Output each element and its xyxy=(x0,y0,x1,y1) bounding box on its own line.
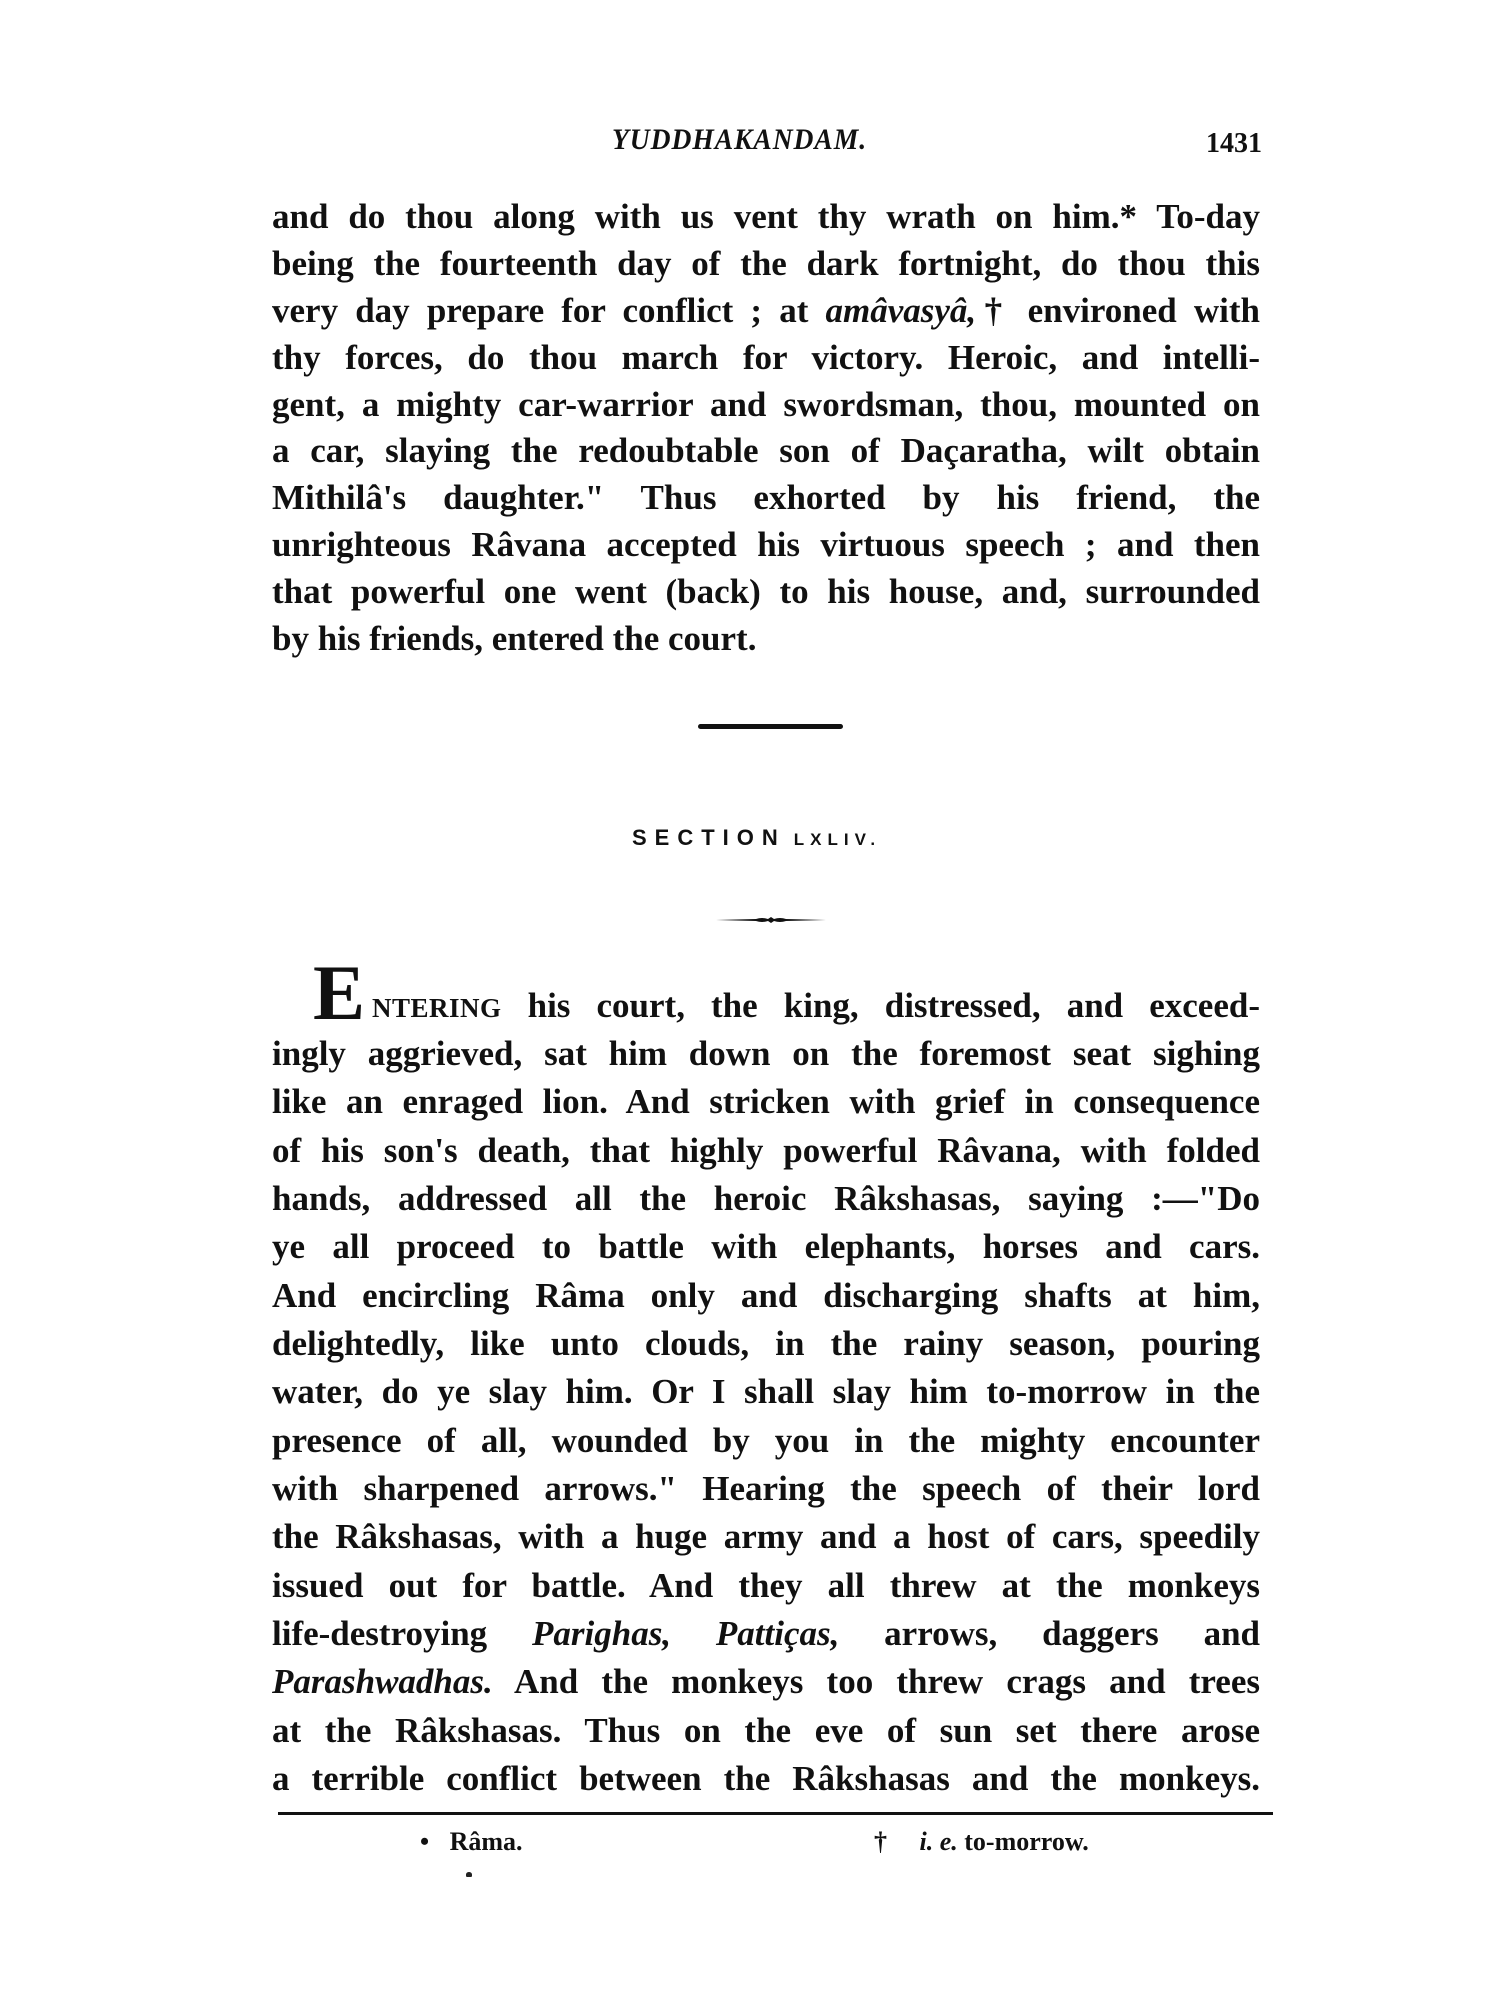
book-page: YUDDHAKANDAM. 1431 and do thou along wit… xyxy=(0,0,1500,2000)
text-line: being the fourteenth day of the dark for… xyxy=(272,240,1260,288)
text-line: presence of all, wounded by you in the m… xyxy=(272,1417,1260,1465)
text-fragment: arrows, daggers and xyxy=(839,1614,1260,1653)
text-line: with sharpened arrows." Hearing the spee… xyxy=(272,1465,1260,1513)
text-line: NTERING his court, the king, distressed,… xyxy=(372,982,1260,1030)
text-line: at the Râkshasas. Thus on the eve of sun… xyxy=(272,1707,1260,1755)
text-line: thy forces, do thou march for victory. H… xyxy=(272,334,1260,382)
section-label: SECTION xyxy=(632,825,786,850)
text-line: and do thou along with us vent thy wrath… xyxy=(272,193,1260,241)
footnote-text: Râma. xyxy=(450,1827,523,1856)
text-fragment: life-destroying xyxy=(272,1614,532,1653)
dagger-footnote-marker: † xyxy=(976,291,1010,330)
text-line: Parashwadhas. And the monkeys too threw … xyxy=(272,1658,1260,1706)
section-divider-rule xyxy=(698,724,843,729)
text-line: by his friends, entered the court. xyxy=(272,615,1260,663)
text-line: delightedly, like unto clouds, in the ra… xyxy=(272,1320,1260,1368)
section-number: LXLIV. xyxy=(794,830,881,849)
text-line: a terrible conflict between the Râkshasa… xyxy=(272,1755,1260,1803)
text-line: ye all proceed to battle with elephants,… xyxy=(272,1223,1260,1271)
bullet-footnote-marker: • xyxy=(420,1827,429,1856)
text-line: of his son's death, that highly powerful… xyxy=(272,1127,1260,1175)
italic-term: Parighas, xyxy=(532,1614,671,1653)
text-line: And encircling Râma only and discharging… xyxy=(272,1272,1260,1320)
text-line: ingly aggrieved, sat him down on the for… xyxy=(272,1030,1260,1078)
text-line: that powerful one went (back) to his hou… xyxy=(272,568,1260,616)
text-line: the Râkshasas, with a huge army and a ho… xyxy=(272,1513,1260,1561)
text-line: very day prepare for conflict ; at amâva… xyxy=(272,287,1260,335)
text-line: hands, addressed all the heroic Râkshasa… xyxy=(272,1175,1260,1223)
stray-mark xyxy=(466,1872,472,1877)
ornament-divider-icon xyxy=(716,914,826,926)
text-line: issued out for battle. And they all thre… xyxy=(272,1562,1260,1610)
section-heading: SECTIONLXLIV. xyxy=(632,824,942,852)
text-fragment: And the monkeys too threw crags and tree… xyxy=(493,1662,1260,1701)
running-title: YUDDHAKANDAM. xyxy=(612,124,925,156)
text-fragment: his court, the king, distressed, and exc… xyxy=(502,986,1260,1025)
text-line: life-destroying Parighas, Pattiças, arro… xyxy=(272,1610,1260,1658)
footnote-2: † i. e. to-morrow. xyxy=(874,1826,1089,1858)
text-line: unrighteous Râvana accepted his virtuous… xyxy=(272,521,1260,569)
text-fragment: very day prepare for conflict ; at xyxy=(272,291,826,330)
text-line: gent, a mighty car-warrior and swordsman… xyxy=(272,381,1260,429)
italic-term: Parashwadhas. xyxy=(272,1662,493,1701)
footnote-abbrev: i. e. xyxy=(920,1827,958,1856)
page-number: 1431 xyxy=(1196,128,1262,160)
text-line: a car, slaying the redoubtable son of Da… xyxy=(272,427,1260,475)
text-line: Mithilâ's daughter." Thus exhorted by hi… xyxy=(272,474,1260,522)
footnote-1: • Râma. xyxy=(420,1826,523,1858)
dagger-footnote-marker: † xyxy=(874,1827,887,1856)
text-line: like an enraged lion. And stricken with … xyxy=(272,1078,1260,1126)
text-fragment: environed with xyxy=(1010,291,1260,330)
italic-term: Pattiças, xyxy=(716,1614,839,1653)
footnote-text: to-morrow. xyxy=(958,1827,1089,1856)
footnote-rule xyxy=(278,1812,1273,1815)
italic-term: amâvasyâ, xyxy=(826,291,977,330)
drop-cap: E xyxy=(313,960,365,1026)
small-caps-word: NTERING xyxy=(372,993,502,1023)
text-line: water, do ye slay him. Or I shall slay h… xyxy=(272,1368,1260,1416)
